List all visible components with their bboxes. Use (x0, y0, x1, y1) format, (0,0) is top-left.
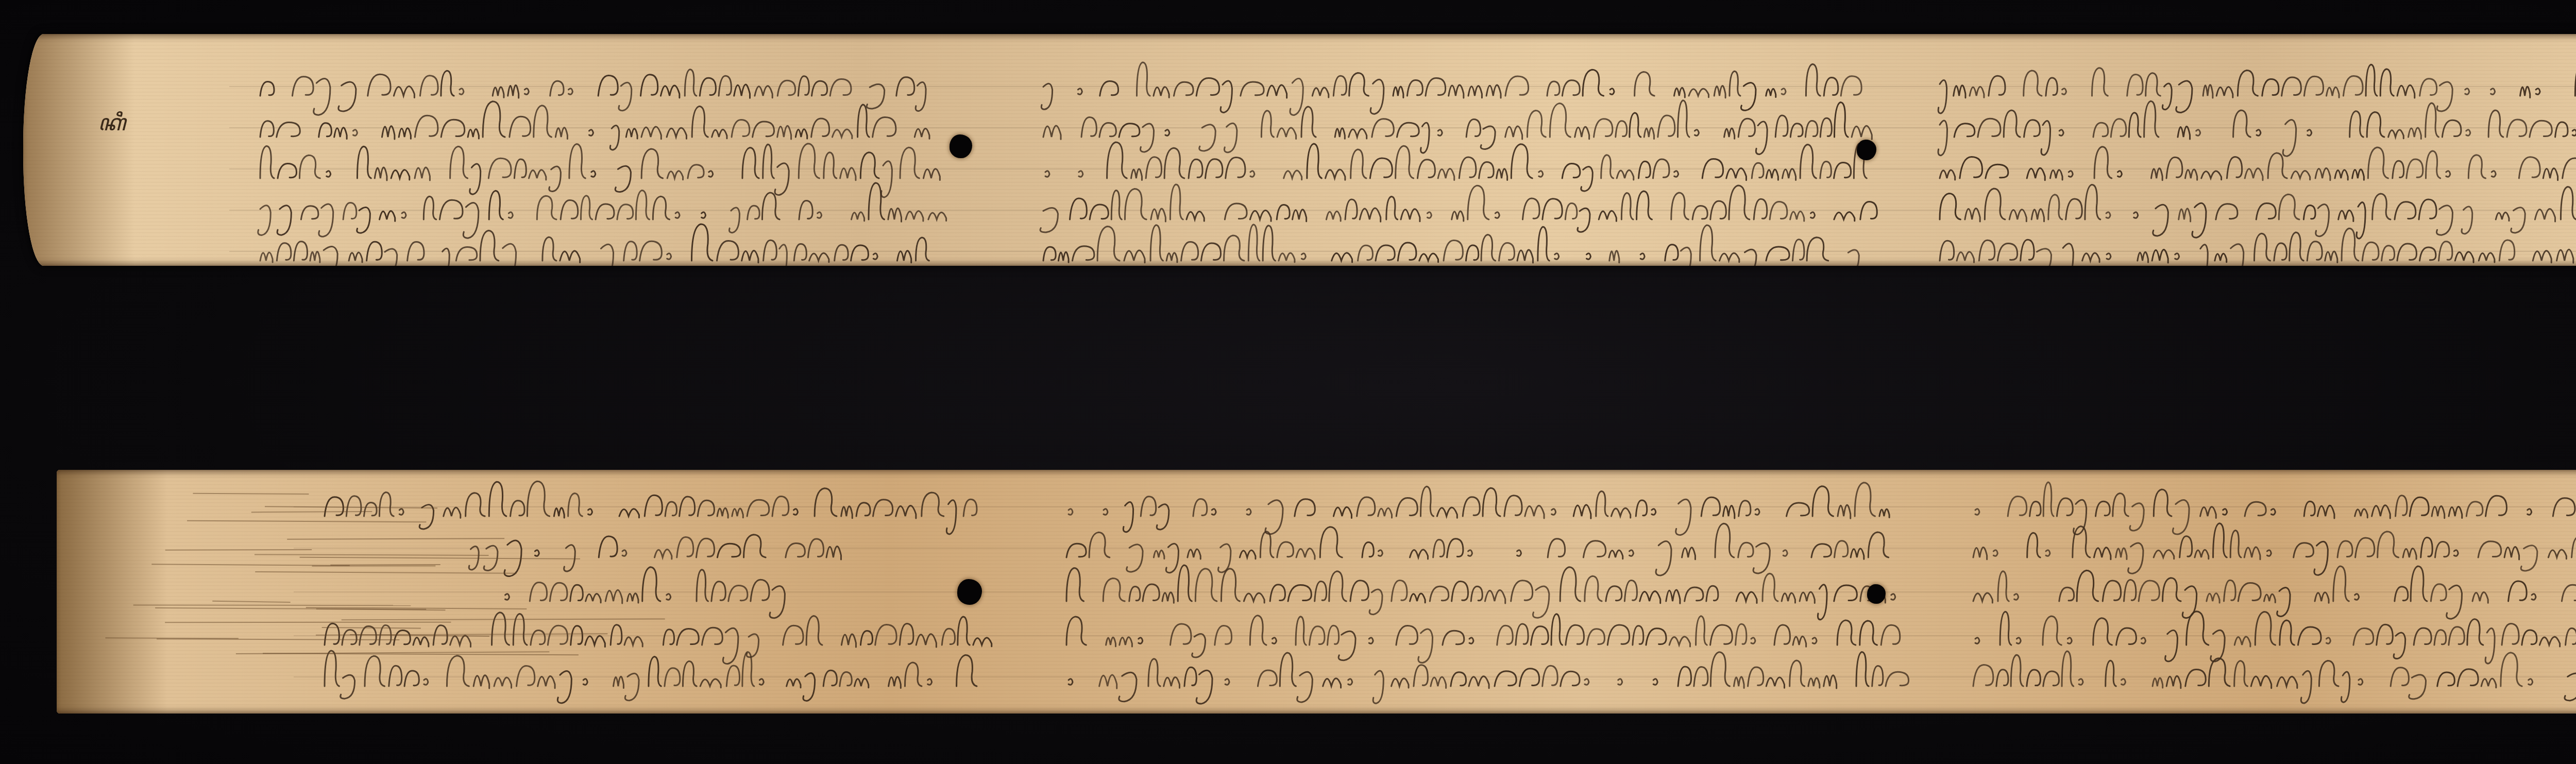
binding-hole-top-2 (1857, 140, 1876, 160)
leaf-page-number: ꦏꦶ (98, 106, 126, 151)
binding-hole-bottom-2 (1867, 584, 1886, 604)
binding-hole-top-1 (950, 134, 972, 158)
manuscript-script-lines (23, 34, 2576, 266)
palm-leaf-bottom (57, 470, 2576, 714)
binding-hole-bottom-1 (957, 579, 982, 605)
palm-leaf-top: ꦏꦶ (23, 34, 2576, 266)
manuscript-script-lines (57, 470, 2576, 714)
